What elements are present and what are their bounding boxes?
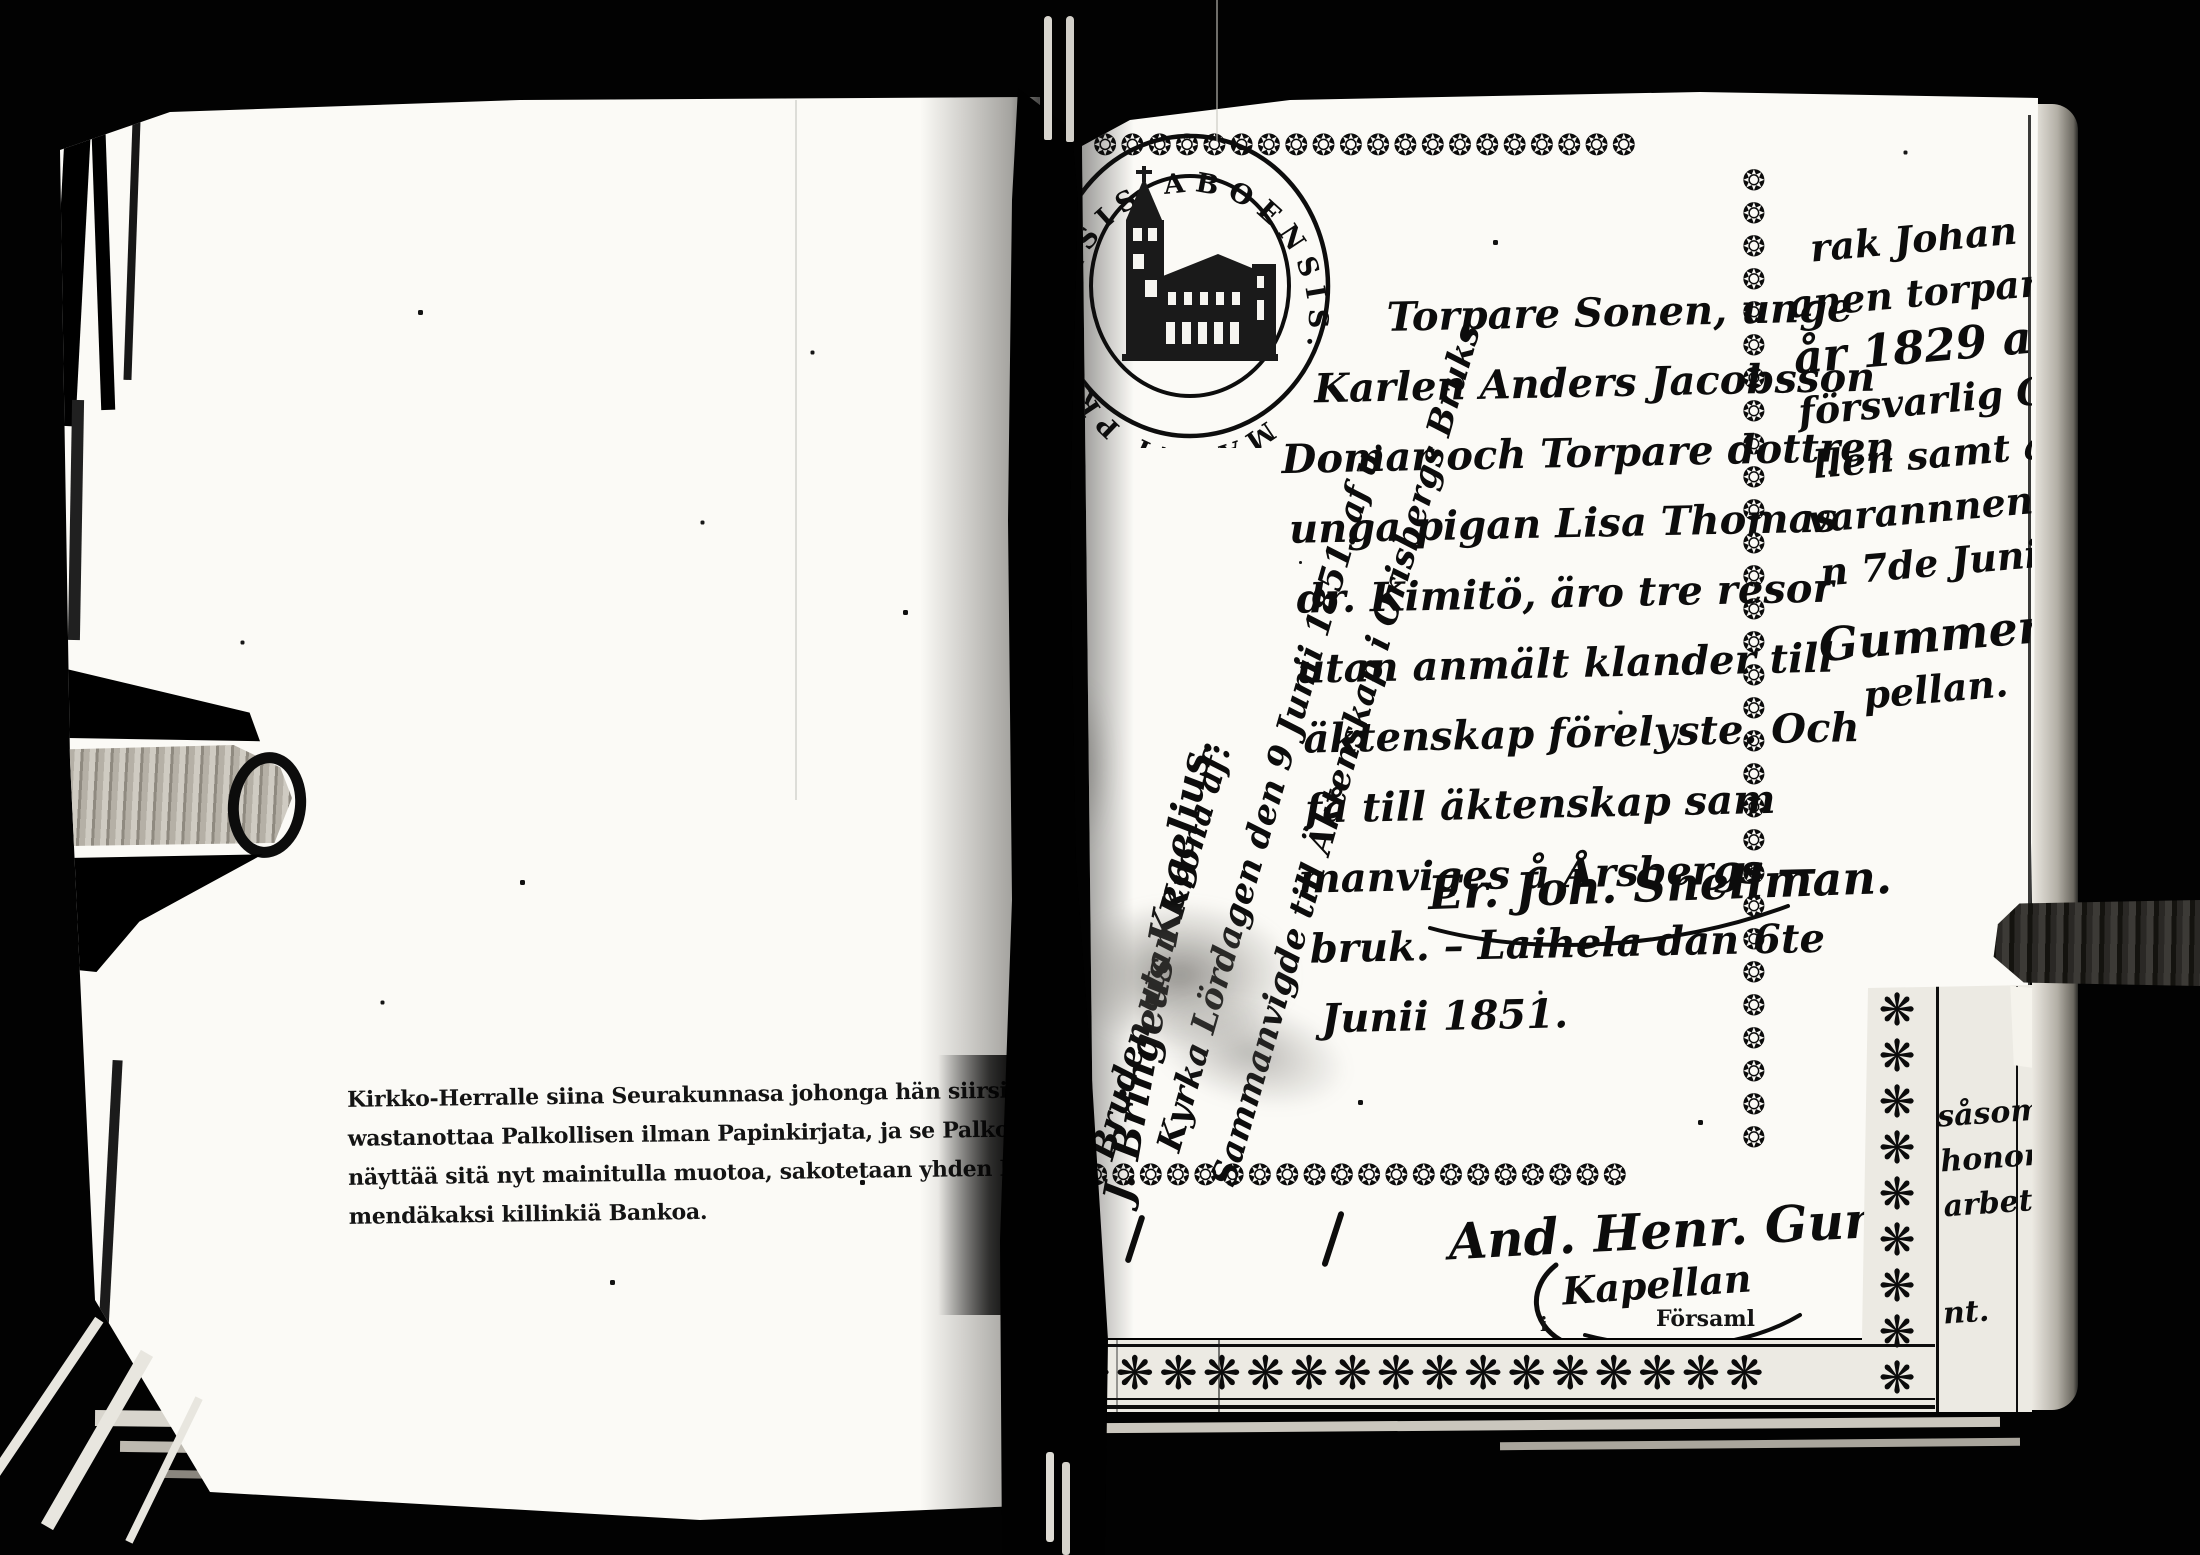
page-stack-edge: [1100, 1417, 2000, 1433]
border-rule: [1060, 1398, 1935, 1400]
page-holder-shadow: [0, 852, 268, 972]
pen-stroke: [1321, 1210, 1345, 1267]
torn-paper-sliver: [0, 1317, 103, 1513]
right-page-fore-edge: [2032, 104, 2078, 1410]
book-scan: ❋❋❋❋❋❋❋❋❋ såsom honom, arbete nt. ❋❋❋❋❋❋…: [0, 0, 2200, 1555]
torn-edge-streak: [49, 96, 92, 427]
page-holder-stick-right: [1985, 900, 2200, 986]
certificate-line: Junii 1851.: [1263, 974, 1804, 1055]
binding-thread: [1044, 16, 1052, 140]
rosette-border-column: ❋❋❋❋❋❋❋❋❋: [1868, 988, 1926, 1402]
binding-thread: [1066, 16, 1074, 142]
binding-thread: [1046, 1452, 1054, 1542]
right-column-clip: rak Johan anen torpare, år 1829 aro förs…: [1782, 224, 2032, 784]
crease-line: [795, 100, 797, 800]
speckles: [0, 0, 1, 1]
right-column-text: rak Johan anen torpare, år 1829 aro förs…: [1782, 224, 2032, 726]
torn-edge-streak: [123, 120, 140, 380]
page-holder-shadow: [0, 640, 260, 750]
binding-thread-faint: [1216, 0, 1218, 142]
binding-thread: [1062, 1462, 1070, 1555]
column-rule: [1936, 986, 1939, 1412]
speckles: [0, 0, 1, 1]
border-rule: [1060, 1405, 1935, 1409]
torn-edge-streak: [95, 1060, 122, 1390]
certificate-line: Torpare Sonen, unge: [1248, 274, 1789, 355]
torn-edge-streak: [91, 110, 115, 410]
rosette-border-row: ❋❋❋❋❋❋❋❋❋❋❋❋❋❋❋❋: [1072, 1348, 1769, 1398]
printed-footer-parish: Församl: [1656, 1306, 1755, 1332]
page-stack-edge: [1500, 1438, 2020, 1451]
printed-footer-i: i: [1540, 1312, 1548, 1336]
torn-edge-streak: [68, 400, 84, 640]
signature-flourish: [1420, 898, 1820, 968]
